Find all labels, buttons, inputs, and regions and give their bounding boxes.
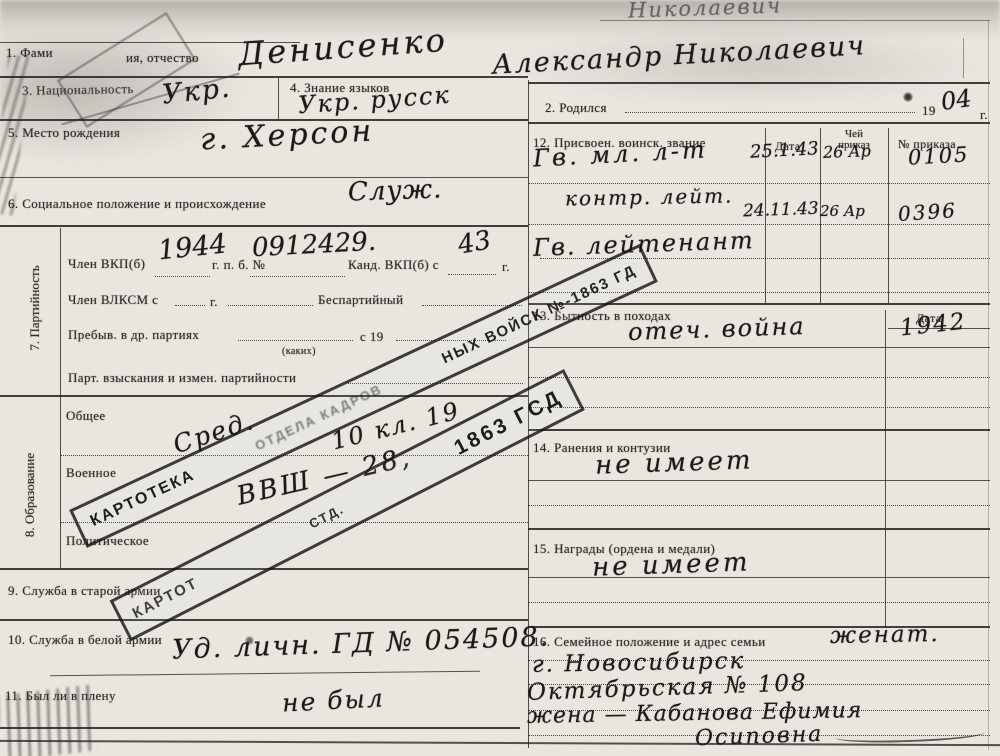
rule: [963, 38, 964, 78]
parties-note: (каких): [282, 346, 316, 357]
edu-general-label: Общее: [66, 408, 106, 424]
field-11-label: 11. Был ли в плену: [5, 688, 116, 704]
dotted-blank: [238, 340, 353, 341]
parties-label-b: с 19: [360, 329, 384, 345]
stamp-text: КАРТОТ: [130, 574, 201, 622]
section-7-label: 7. Партийность: [27, 243, 43, 373]
dotted-blank: [175, 305, 205, 306]
rule: [888, 128, 889, 303]
vkp-label-a: Член ВКП(б): [68, 256, 145, 272]
rule: [60, 228, 61, 568]
section-8-label: 8. Образование: [22, 430, 38, 560]
rank-row1-who: 26 Ар: [823, 141, 871, 162]
field-2-year: 04: [939, 84, 973, 116]
field-11-value: не был: [281, 683, 385, 717]
ink-dot: [903, 92, 913, 102]
dotted-blank: [155, 276, 210, 277]
vlksm-label-c: Беспартийный: [318, 292, 403, 308]
field-15-value: не имеет: [592, 547, 751, 583]
dotted-blank: [625, 112, 915, 113]
stamp-text: СТД.: [306, 501, 346, 531]
rule: [528, 122, 990, 124]
edu-military-label: Военное: [66, 465, 116, 481]
field-14-value: не имеет: [595, 445, 754, 481]
field-13-value: отеч. война: [628, 312, 806, 346]
rank-row1-date: 25.1.43: [749, 138, 819, 163]
field-2-label: 2. Родился: [545, 100, 607, 116]
rule: [278, 78, 279, 120]
rank-row2-date: 24.11.43: [743, 199, 819, 222]
rule: [528, 377, 990, 378]
rule: [50, 671, 480, 677]
signature-flourish: [835, 725, 985, 744]
rule: [885, 310, 886, 628]
rule: [0, 225, 528, 227]
rank-row1-order: 0105: [907, 142, 970, 169]
rank-row2-order: 0396: [897, 198, 957, 226]
field-1-value-surname: Денисенко: [237, 21, 449, 74]
field-5-label: 5. Место рождения: [8, 125, 120, 141]
vlksm-label-b: г.: [210, 294, 218, 310]
rule: [528, 347, 990, 348]
field-10-value: Уд. личн. ГД № 054508.: [172, 621, 551, 665]
field-16-address-line4: Осиповна: [695, 722, 824, 751]
rule: [0, 395, 528, 397]
field-1-label: 1. Фами: [6, 45, 53, 61]
sanctions-label: Парт. взыскания и измен. партийности: [68, 370, 296, 386]
vkp-candidate-year: 43: [456, 225, 494, 260]
field-6-label: 6. Социальное положение и происхождение: [8, 196, 266, 212]
rule: [528, 429, 990, 431]
rule: [0, 619, 528, 621]
rule: [528, 82, 990, 84]
rule: [528, 407, 990, 408]
rule: [528, 528, 990, 530]
dotted-blank: [250, 276, 345, 277]
vkp-label-c: Канд. ВКП(б) с: [348, 257, 439, 273]
rule: [528, 183, 990, 184]
rank-row2-value: контр. лейт.: [565, 184, 734, 211]
rule: [528, 602, 990, 603]
field-6-value: Служ.: [348, 174, 443, 207]
scanned-card: Николаевич 1. Фами ия, отчество Денисенк…: [0, 0, 1000, 756]
card-right-edge: [988, 20, 989, 750]
rule: [528, 505, 990, 506]
rule: [0, 177, 528, 178]
field-1-value-name: Александр Николаевич: [491, 30, 866, 81]
field-16-status: женат.: [830, 621, 940, 649]
vkp-label-d: г.: [502, 259, 510, 275]
rank-row2-who: 26 Ар: [820, 202, 865, 220]
field-2-suffix: г.: [980, 107, 988, 123]
field-13-date-value: 1942: [899, 309, 968, 342]
dotted-blank: [448, 274, 496, 275]
field-2-century: 19: [922, 103, 936, 119]
corner-stamp-fragment: [57, 12, 196, 128]
rule: [0, 727, 520, 729]
dotted-blank: [228, 305, 313, 306]
parties-label-a: Пребыв. в др. партиях: [68, 327, 199, 343]
vlksm-label-a: Член ВЛКСМ с: [68, 292, 158, 308]
